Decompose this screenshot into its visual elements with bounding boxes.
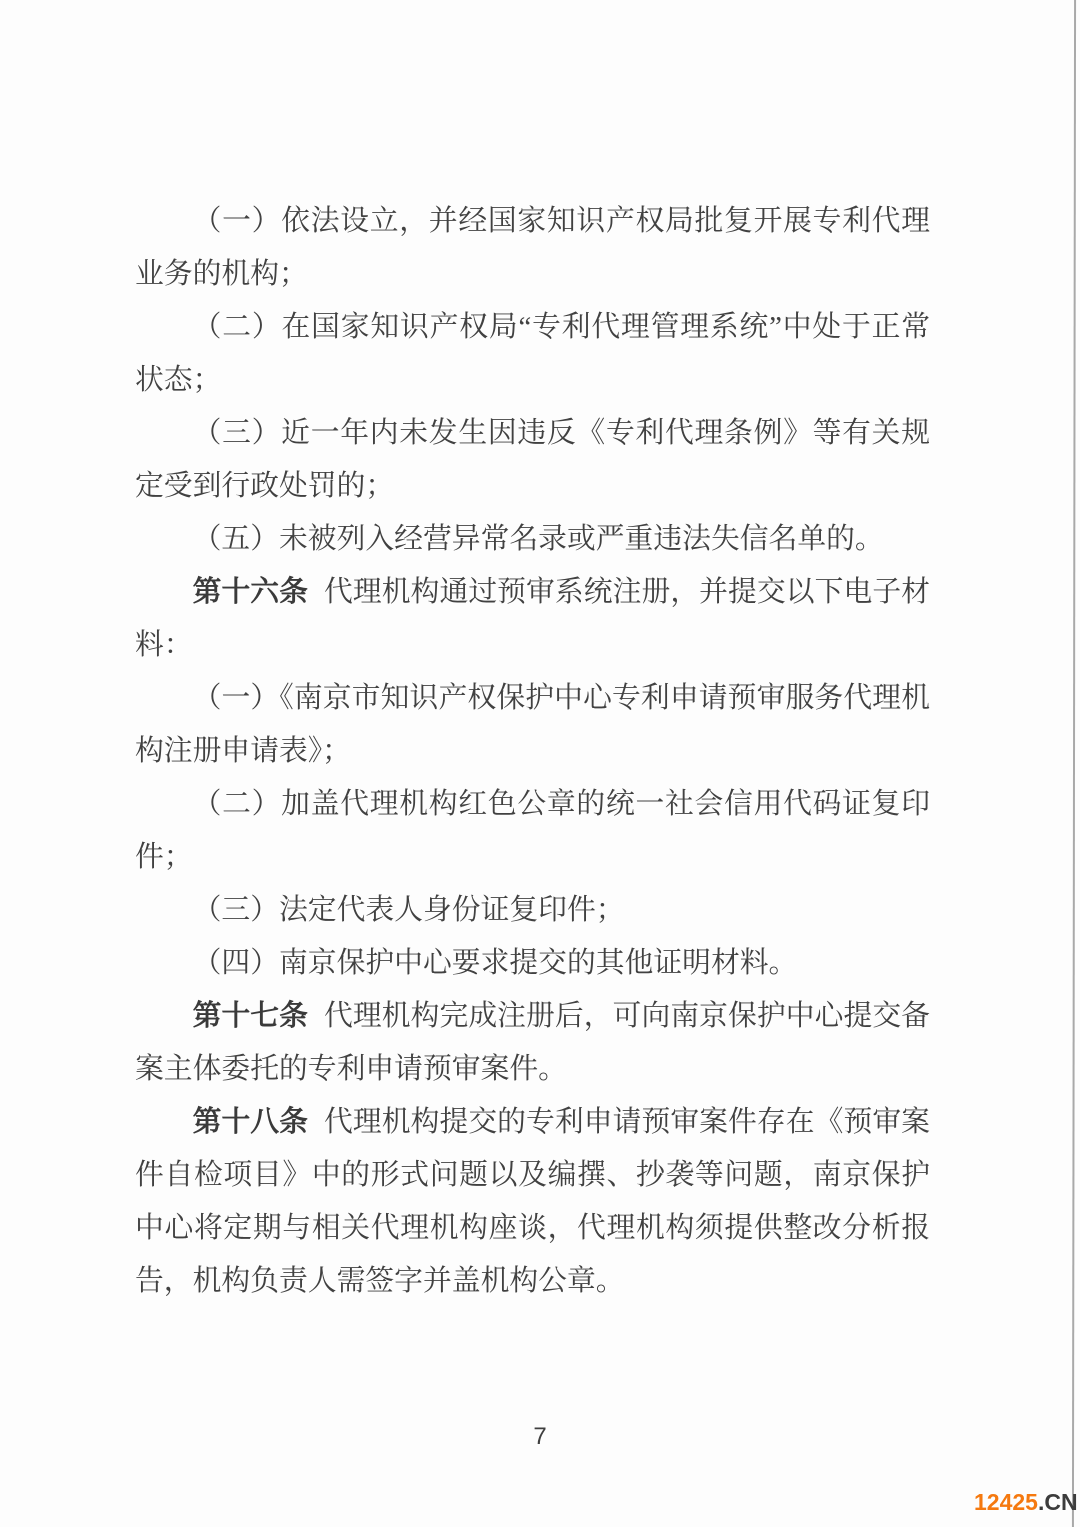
article-number: 第十八条 (193, 1106, 308, 1138)
paragraph: 第十八条代理机构提交的专利申请预审案件存在《预审案件自检项目》中的形式问题以及编… (135, 1096, 930, 1308)
paragraph: （三）法定代表人身份证复印件； (135, 884, 930, 937)
document-page: （一）依法设立，并经国家知识产权局批复开展专利代理业务的机构； （二）在国家知识… (0, 0, 1080, 1527)
paragraph: 第十六条代理机构通过预审系统注册，并提交以下电子材料： (135, 566, 930, 672)
page-number: 7 (0, 1423, 1080, 1451)
paragraph-text: （四）南京保护中心要求提交的其他证明材料。 (193, 947, 798, 979)
scan-edge-line (1072, 0, 1076, 1527)
paragraph-text: （一）依法设立，并经国家知识产权局批复开展专利代理业务的机构； (135, 205, 930, 290)
paragraph: 第十七条代理机构完成注册后，可向南京保护中心提交备案主体委托的专利申请预审案件。 (135, 990, 930, 1096)
paragraph: （三）近一年内未发生因违反《专利代理条例》等有关规定受到行政处罚的； (135, 407, 930, 513)
paragraph-text: （二）在国家知识产权局“专利代理管理系统”中处于正常状态； (135, 311, 930, 396)
watermark: 12425.CN (974, 1489, 1078, 1516)
paragraph: （一）《南京市知识产权保护中心专利申请预审服务代理机构注册申请表》； (135, 672, 930, 778)
article-number: 第十六条 (193, 576, 308, 608)
paragraph-text: （二）加盖代理机构红色公章的统一社会信用代码证复印件； (135, 788, 930, 873)
paragraph: （二）加盖代理机构红色公章的统一社会信用代码证复印件； (135, 778, 930, 884)
watermark-site: 12425 (974, 1489, 1038, 1515)
paragraph-text: （三）法定代表人身份证复印件； (193, 894, 625, 926)
watermark-tld: .CN (1038, 1489, 1078, 1515)
paragraph: （四）南京保护中心要求提交的其他证明材料。 (135, 937, 930, 990)
article-number: 第十七条 (193, 1000, 308, 1032)
paragraph-text: （一）《南京市知识产权保护中心专利申请预审服务代理机构注册申请表》； (135, 682, 930, 767)
paragraph: （二）在国家知识产权局“专利代理管理系统”中处于正常状态； (135, 301, 930, 407)
paragraph-text: （五）未被列入经营异常名录或严重违法失信名单的。 (193, 523, 884, 555)
paragraph-text: （三）近一年内未发生因违反《专利代理条例》等有关规定受到行政处罚的； (135, 417, 930, 502)
document-body: （一）依法设立，并经国家知识产权局批复开展专利代理业务的机构； （二）在国家知识… (135, 195, 930, 1308)
paragraph: （一）依法设立，并经国家知识产权局批复开展专利代理业务的机构； (135, 195, 930, 301)
paragraph: （五）未被列入经营异常名录或严重违法失信名单的。 (135, 513, 930, 566)
